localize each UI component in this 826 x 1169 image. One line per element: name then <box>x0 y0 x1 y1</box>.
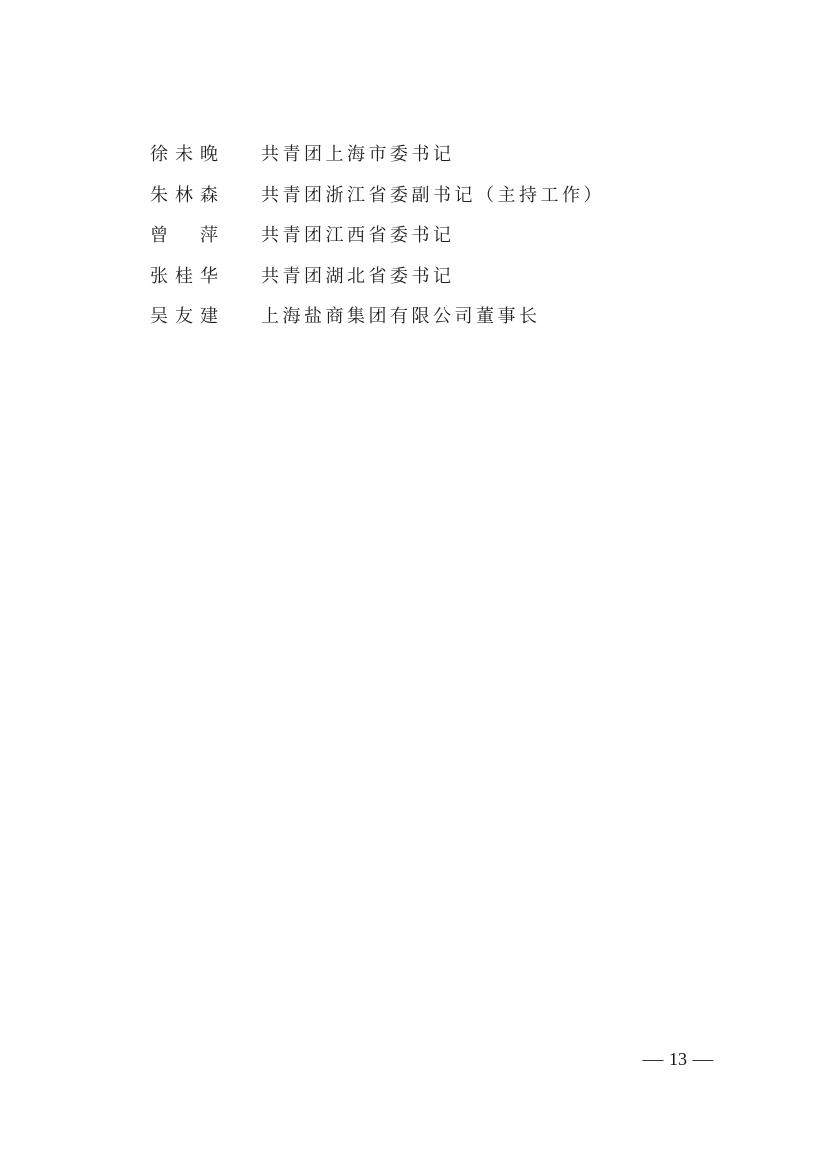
page-number-dash-left: — <box>643 1048 664 1070</box>
person-name: 徐未晚 <box>150 140 218 166</box>
roster-row: 徐未晚 共青团上海市委书记 <box>150 133 605 174</box>
person-title: 共青团江西省委书记 <box>261 221 455 247</box>
person-name: 吴友建 <box>150 302 218 328</box>
page-number-dash-right: — <box>693 1048 714 1070</box>
person-name: 曾萍 <box>150 221 218 247</box>
roster-row: 吴友建 上海盐商集团有限公司董事长 <box>150 295 605 336</box>
document-page: 徐未晚 共青团上海市委书记 朱林森 共青团浙江省委副书记（主持工作） 曾萍 共青… <box>0 0 826 1169</box>
roster-row: 曾萍 共青团江西省委书记 <box>150 214 605 255</box>
page-number: — 13 — <box>644 1048 712 1070</box>
page-number-value: 13 <box>669 1048 687 1070</box>
person-name: 张桂华 <box>150 262 218 288</box>
roster-row: 张桂华 共青团湖北省委书记 <box>150 255 605 296</box>
person-name: 朱林森 <box>150 181 218 207</box>
person-title: 共青团湖北省委书记 <box>261 262 455 288</box>
roster-row: 朱林森 共青团浙江省委副书记（主持工作） <box>150 174 605 215</box>
roster-list: 徐未晚 共青团上海市委书记 朱林森 共青团浙江省委副书记（主持工作） 曾萍 共青… <box>150 133 605 336</box>
person-title: 上海盐商集团有限公司董事长 <box>261 302 541 328</box>
person-title: 共青团浙江省委副书记（主持工作） <box>261 181 605 207</box>
person-title: 共青团上海市委书记 <box>261 140 455 166</box>
